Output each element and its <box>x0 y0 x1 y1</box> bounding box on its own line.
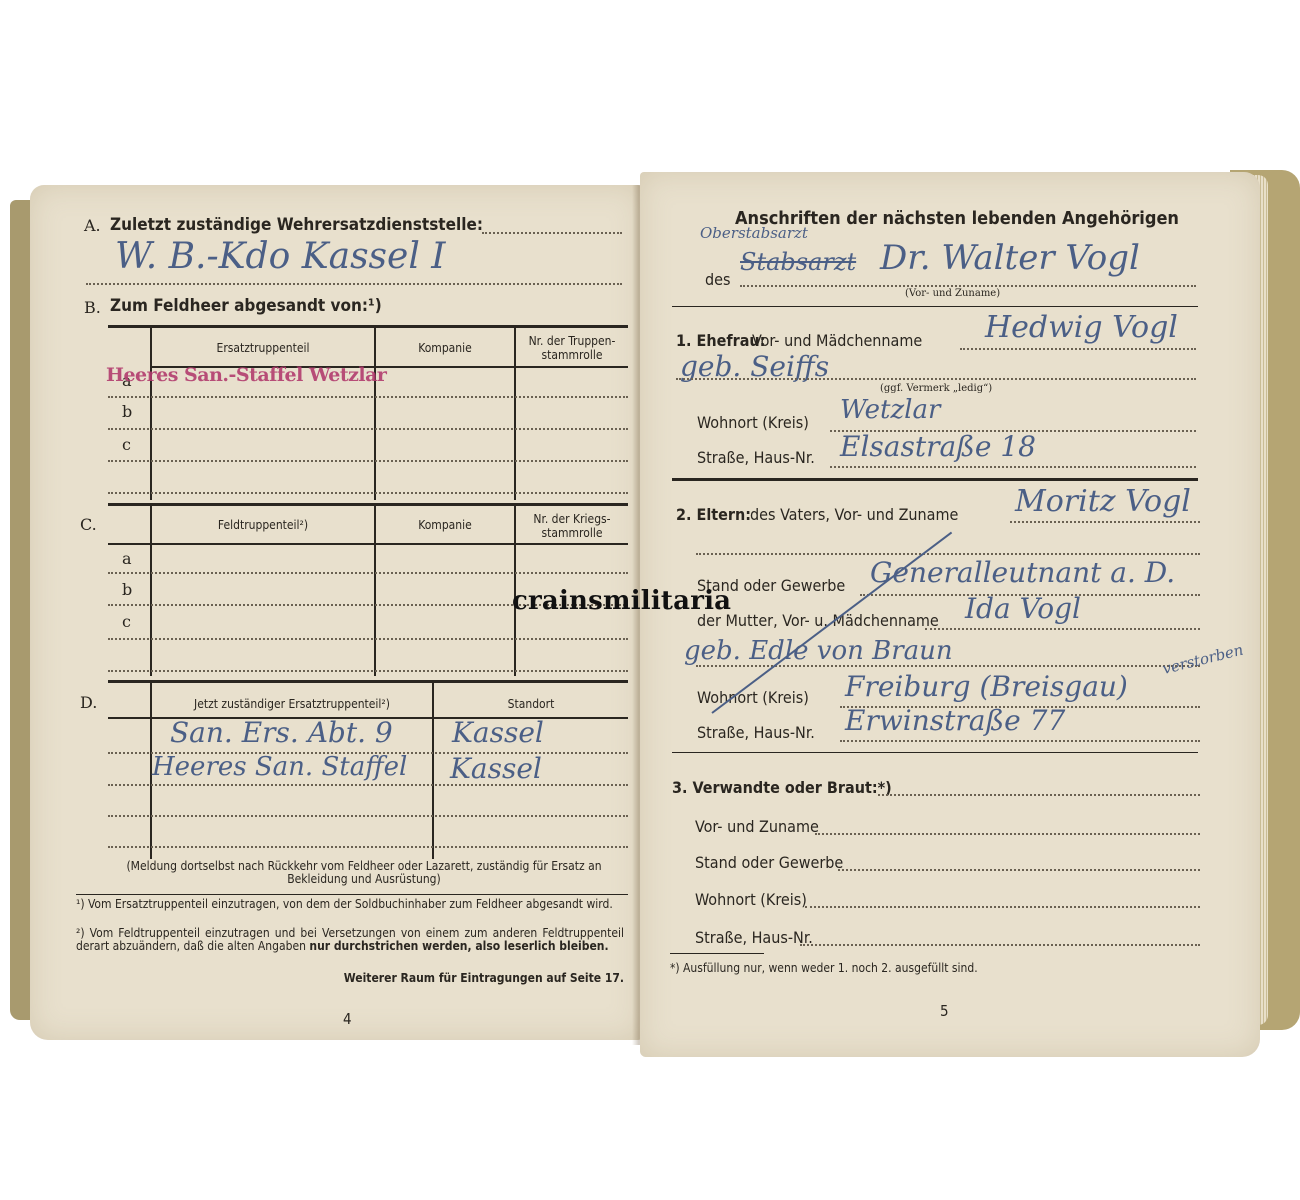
des-name: Dr. Walter Vogl <box>880 238 1140 278</box>
parents-street-label: Straße, Haus-Nr. <box>697 723 815 742</box>
table-c-header-unit: Feldtruppenteil²) <box>152 518 374 532</box>
dotted-line <box>740 285 1196 287</box>
wife-caption: (ggf. Vermerk „ledig“) <box>880 383 992 394</box>
parents-label: 2. Eltern: <box>676 505 751 524</box>
table-d-header-location: Standort <box>434 697 628 711</box>
des-correction: Oberstabsarzt <box>700 224 808 242</box>
footnote-rule <box>76 894 628 895</box>
dotted-line <box>108 428 628 430</box>
mother-label: der Mutter, Vor- u. Mädchenname <box>697 611 939 630</box>
table-d-top-rule <box>108 680 628 683</box>
dotted-line <box>108 572 628 574</box>
unit-stamp: Heeres San.-Staffel Wetzlar <box>106 364 386 386</box>
des-struck-rank: Stabsarzt <box>740 248 856 276</box>
table-c-header-rule <box>108 543 628 545</box>
footnote-2: ²) Vom Feldtruppenteil einzutragen und b… <box>76 927 624 953</box>
dotted-line <box>830 466 1196 468</box>
dotted-line <box>696 553 1200 555</box>
table-d-header-unit: Jetzt zuständiger Ersatztruppenteil²) <box>152 697 432 711</box>
footnote-1: ¹) Vom Ersatztruppenteil einzutragen, vo… <box>76 898 624 911</box>
profession-value: Generalleutnant a. D. <box>870 556 1175 589</box>
wife-name-value: Hedwig Vogl <box>985 310 1178 345</box>
dotted-line <box>108 670 628 672</box>
wife-residence-value: Wetzlar <box>840 395 940 425</box>
wife-name-label: Vor- und Mädchenname <box>752 331 922 350</box>
more-space-note: Weiterer Raum für Eintragungen auf Seite… <box>300 972 624 985</box>
table-c-row-b-label: b <box>122 580 132 599</box>
dotted-line <box>108 396 628 398</box>
table-d-entry-2-unit: Heeres San. Staffel <box>152 752 407 782</box>
relatives-profession-label: Stand oder Gewerbe <box>695 853 843 872</box>
relatives-street-label: Straße, Haus-Nr. <box>695 928 813 947</box>
dotted-line <box>108 638 628 640</box>
dotted-line <box>800 944 1200 946</box>
dotted-line <box>86 283 622 285</box>
dotted-line <box>840 740 1200 742</box>
dotted-line <box>108 784 628 786</box>
relatives-name-label: Vor- und Zuname <box>695 817 819 836</box>
page-number-left: 4 <box>343 1010 352 1028</box>
table-b-top-rule <box>108 325 628 328</box>
dotted-line <box>815 833 1200 835</box>
page-number-right: 5 <box>940 1002 949 1020</box>
wife-street-value: Elsastraße 18 <box>840 430 1036 463</box>
dotted-line <box>108 460 628 462</box>
parents-street-value: Erwinstraße 77 <box>845 704 1065 737</box>
footnote-2-emphasis: nur durchstrichen werden, also leserlich… <box>309 939 608 953</box>
relatives-residence-label: Wohnort (Kreis) <box>695 890 807 909</box>
dotted-line <box>482 232 622 234</box>
section-a-title: Zuletzt zuständige Wehrersatzdienststell… <box>110 215 483 235</box>
table-b-row-b-label: b <box>122 402 132 421</box>
table-b-header-company: Kompanie <box>376 341 514 355</box>
section-d-note: (Meldung dortselbst nach Rückkehr vom Fe… <box>100 860 628 886</box>
section-rule <box>672 752 1198 753</box>
section-b-label: B. <box>84 298 101 317</box>
dotted-line <box>925 628 1200 630</box>
dotted-line <box>108 846 628 848</box>
dotted-line <box>805 906 1200 908</box>
father-label: des Vaters, Vor- und Zuname <box>750 505 958 524</box>
parents-residence-label: Wohnort (Kreis) <box>697 688 809 707</box>
watermark: crainsmilitaria <box>512 586 731 616</box>
mother-maiden-value: geb. Edle von Braun <box>684 636 953 666</box>
dotted-line <box>838 869 1200 871</box>
dotted-line <box>878 794 1200 796</box>
table-c-row-a-label: a <box>122 549 132 568</box>
dotted-line <box>676 378 1196 380</box>
table-c-header-company: Kompanie <box>376 518 514 532</box>
table-c-header-roll-number: Nr. der Kriegs-stammrolle <box>516 512 628 540</box>
right-footnote: *) Ausfüllung nur, wenn weder 1. noch 2.… <box>670 962 978 975</box>
table-b-row-c-label: c <box>122 435 131 454</box>
table-b-header-unit: Ersatztruppenteil <box>152 341 374 355</box>
parents-residence-value: Freiburg (Breisgau) <box>845 670 1128 703</box>
relatives-label: 3. Verwandte oder Braut:*) <box>672 778 892 797</box>
table-c-row-c-label: c <box>122 612 131 631</box>
des-label: des <box>705 270 731 289</box>
table-d-entry-1-unit: San. Ers. Abt. 9 <box>170 716 393 749</box>
wife-residence-label: Wohnort (Kreis) <box>697 413 809 432</box>
table-b-header-roll-number: Nr. der Truppen-stammrolle <box>516 334 628 362</box>
wife-street-label: Straße, Haus-Nr. <box>697 448 815 467</box>
section-d-label: D. <box>80 693 97 712</box>
section-rule <box>672 306 1198 307</box>
dotted-line <box>1010 521 1200 523</box>
mother-value: Ida Vogl <box>965 592 1081 625</box>
section-c-label: C. <box>80 515 97 534</box>
section-rule <box>672 478 1198 481</box>
section-a-handwritten: W. B.-Kdo Kassel I <box>115 236 446 277</box>
dotted-line <box>960 348 1196 350</box>
section-a-label: A. <box>84 216 101 235</box>
dotted-line <box>108 492 628 494</box>
footnote-rule <box>670 953 764 954</box>
des-caption: (Vor- und Zuname) <box>905 288 1000 299</box>
section-b-title: Zum Feldheer abgesandt von:¹) <box>110 296 382 316</box>
dotted-line <box>108 815 628 817</box>
father-value: Moritz Vogl <box>1015 484 1191 519</box>
table-d-entry-1-location: Kassel <box>452 716 544 749</box>
table-d-entry-2-location: Kassel <box>450 752 542 785</box>
table-c-top-rule <box>108 503 628 506</box>
